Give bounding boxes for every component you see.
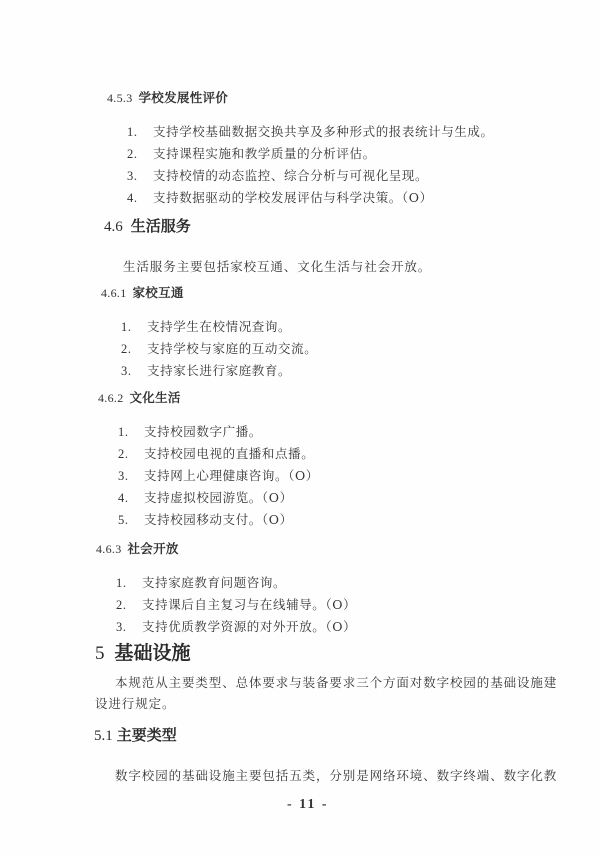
chapter-number: 5	[95, 643, 105, 664]
list-number: 2.	[127, 147, 153, 162]
list-item: 3.支持校情的动态监控、综合分析与可视化呈现。	[127, 166, 428, 184]
section-number: 4.5.3	[107, 91, 133, 105]
section-heading-4-6: 4.6生活服务	[104, 215, 191, 236]
list-number: 3.	[127, 169, 153, 184]
list-number: 2.	[118, 447, 144, 462]
section-title: 学校发展性评价	[139, 90, 229, 105]
list-item: 1.支持学生在校情况查询。	[121, 317, 291, 335]
section-title: 主要类型	[117, 726, 177, 744]
list-item: 4.支持虚拟校园游览。（O）	[118, 488, 293, 506]
list-item: 3.支持优质教学资源的对外开放。（O）	[116, 617, 356, 635]
list-item: 3.支持网上心理健康咨询。（O）	[118, 466, 319, 484]
section-heading-5-1: 5.1主要类型	[94, 724, 177, 745]
list-text: 支持校园移动支付。（O）	[144, 512, 293, 527]
list-number: 2.	[121, 342, 147, 357]
chapter-heading-5: 5基础设施	[95, 638, 191, 665]
list-text: 支持数据驱动的学校发展评估与科学决策。（O）	[153, 190, 433, 205]
list-item: 2.支持校园电视的直播和点播。	[118, 444, 314, 462]
list-text: 支持学校基础数据交换共享及多种形式的报表统计与生成。	[153, 124, 494, 139]
list-item: 2.支持学校与家庭的互动交流。	[121, 339, 317, 357]
section-title: 生活服务	[131, 217, 191, 235]
section-intro-line-1: 数字校园的基础设施主要包括五类，分别是网络环境、数字终端、数字化教	[115, 766, 557, 784]
list-number: 4.	[118, 491, 144, 506]
list-text: 支持校园数字广播。	[144, 424, 262, 439]
chapter-intro-line-1: 本规范从主要类型、总体要求与装备要求三个方面对数字校园的基础设施建	[115, 673, 557, 691]
section-title: 家校互通	[133, 285, 184, 300]
section-heading-4-5-3: 4.5.3学校发展性评价	[107, 88, 228, 106]
list-item: 3.支持家长进行家庭教育。	[121, 361, 291, 379]
list-item: 5.支持校园移动支付。（O）	[118, 510, 293, 528]
list-number: 1.	[127, 125, 153, 140]
list-text: 支持家长进行家庭教育。	[147, 363, 291, 378]
list-number: 1.	[121, 320, 147, 335]
list-number: 3.	[116, 620, 142, 635]
section-intro: 生活服务主要包括家校互通、文化生活与社会开放。	[123, 257, 431, 275]
list-number: 4.	[127, 191, 153, 206]
list-item: 1.支持校园数字广播。	[118, 422, 262, 440]
section-heading-4-6-1: 4.6.1家校互通	[101, 283, 184, 301]
list-item: 1.支持学校基础数据交换共享及多种形式的报表统计与生成。	[127, 122, 494, 140]
section-number: 4.6.2	[98, 391, 124, 405]
chapter-intro-line-2: 设进行规定。	[95, 694, 175, 712]
section-number: 4.6.1	[101, 286, 127, 300]
section-number: 5.1	[94, 728, 113, 744]
document-page: 4.5.3学校发展性评价 1.支持学校基础数据交换共享及多种形式的报表统计与生成…	[0, 0, 600, 856]
list-text: 支持校情的动态监控、综合分析与可视化呈现。	[153, 168, 428, 183]
list-number: 1.	[118, 425, 144, 440]
list-text: 支持学生在校情况查询。	[147, 319, 291, 334]
list-item: 4.支持数据驱动的学校发展评估与科学决策。（O）	[127, 188, 433, 206]
list-text: 支持课程实施和教学质量的分析评估。	[153, 146, 376, 161]
list-text: 支持家庭教育问题咨询。	[142, 575, 286, 590]
list-text: 支持课后自主复习与在线辅导。（O）	[142, 597, 356, 612]
list-number: 2.	[116, 598, 142, 613]
list-item: 2.支持课后自主复习与在线辅导。（O）	[116, 595, 356, 613]
section-number: 4.6.3	[96, 542, 122, 556]
section-heading-4-6-2: 4.6.2文化生活	[98, 388, 181, 406]
list-text: 支持网上心理健康咨询。（O）	[144, 468, 319, 483]
list-text: 支持虚拟校园游览。（O）	[144, 490, 293, 505]
section-heading-4-6-3: 4.6.3社会开放	[96, 539, 179, 557]
list-text: 支持优质教学资源的对外开放。（O）	[142, 619, 356, 634]
list-number: 1.	[116, 576, 142, 591]
list-number: 3.	[118, 469, 144, 484]
list-number: 3.	[121, 364, 147, 379]
list-text: 支持学校与家庭的互动交流。	[147, 341, 317, 356]
list-item: 1.支持家庭教育问题咨询。	[116, 573, 286, 591]
list-text: 支持校园电视的直播和点播。	[144, 446, 314, 461]
list-number: 5.	[118, 513, 144, 528]
section-title: 社会开放	[128, 541, 179, 556]
chapter-title: 基础设施	[115, 642, 191, 664]
list-item: 2.支持课程实施和教学质量的分析评估。	[127, 144, 376, 162]
section-number: 4.6	[104, 219, 123, 235]
page-number: - 11 -	[287, 797, 329, 813]
section-title: 文化生活	[130, 390, 181, 405]
